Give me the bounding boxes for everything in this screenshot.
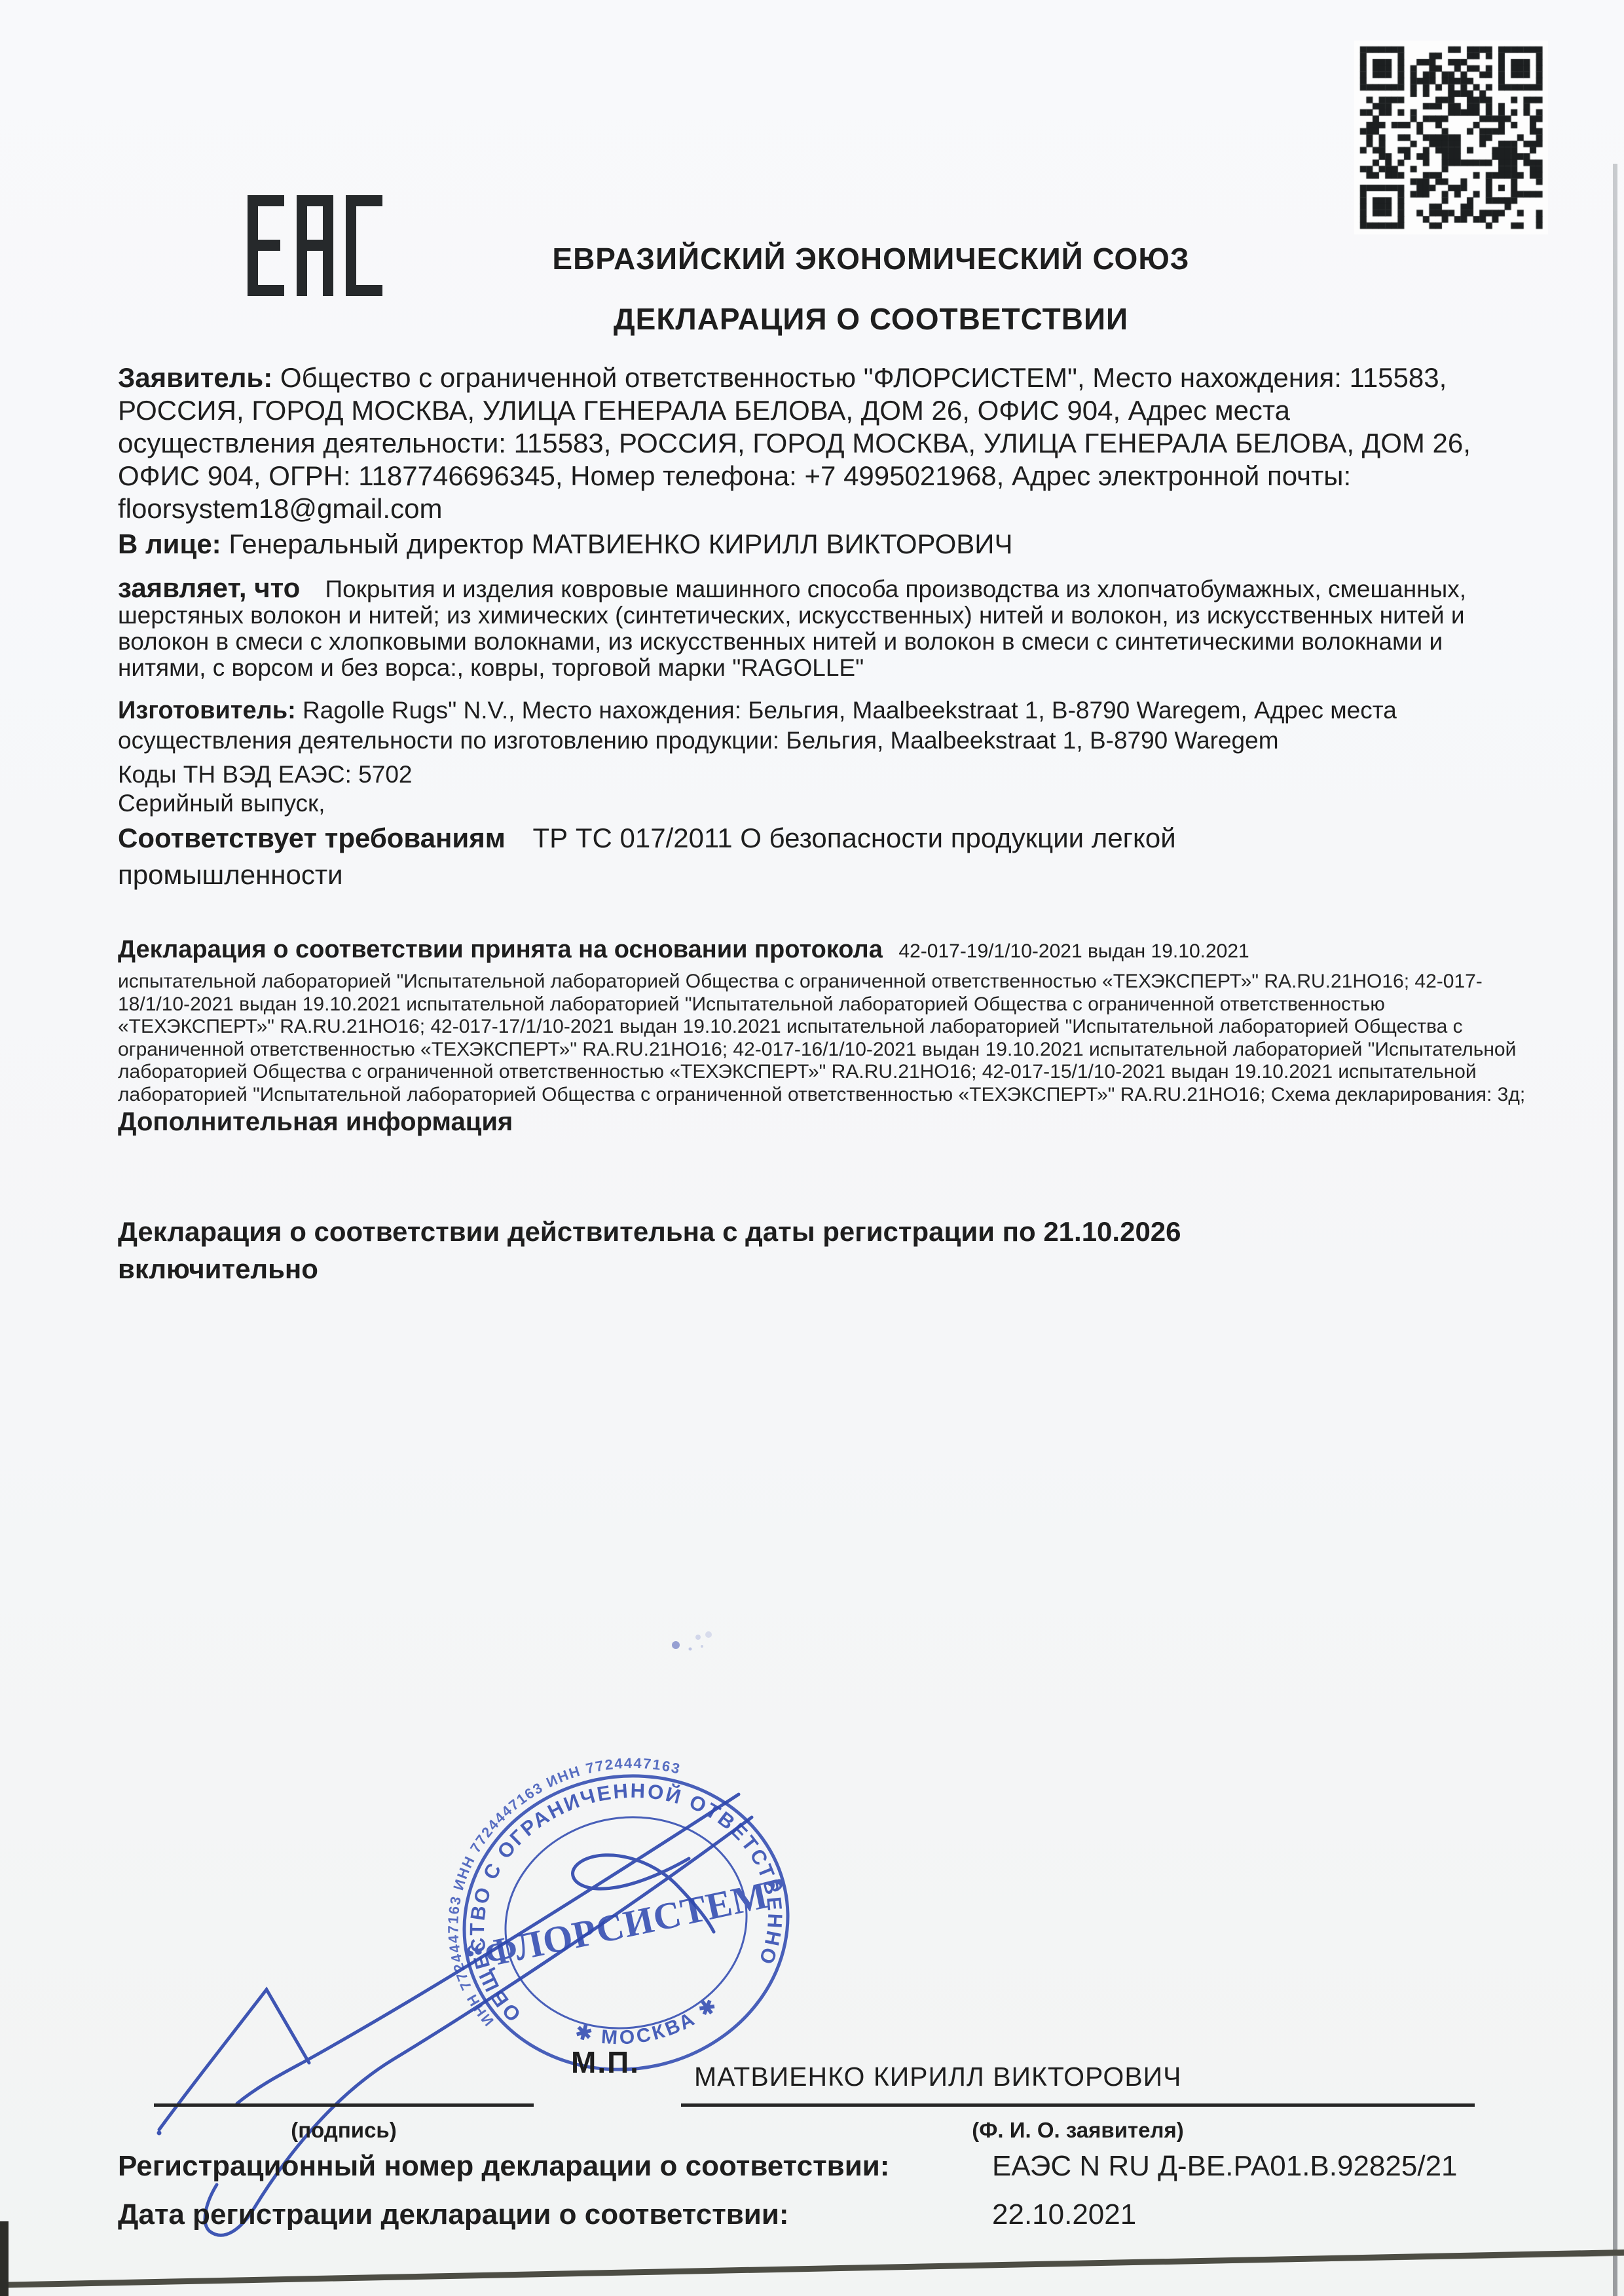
additional-info-heading: Дополнительная информация bbox=[118, 1105, 1493, 1138]
in-person-text: Генеральный директор МАТВИЕНКО КИРИЛЛ ВИ… bbox=[229, 528, 1012, 559]
signature-line bbox=[154, 2103, 534, 2107]
applicant-text: Общество с ограниченной ответственностью… bbox=[118, 362, 1471, 524]
declares-label: заявляет, что bbox=[118, 572, 318, 603]
basis-heading: Декларация о соответствии принята на осн… bbox=[118, 935, 1532, 966]
registration-date-value: 22.10.2021 bbox=[992, 2198, 1136, 2231]
title-union: ЕВРАЗИЙСКИЙ ЭКОНОМИЧЕСКИЙ СОЮЗ bbox=[118, 241, 1624, 276]
applicant-name: МАТВИЕНКО КИРИЛЛ ВИКТОРОВИЧ bbox=[694, 2062, 1181, 2092]
signature-caption: (подпись) bbox=[154, 2118, 534, 2143]
serial-release-line: Серийный выпуск, bbox=[118, 787, 1493, 820]
registration-number-value: ЕАЭС N RU Д-BE.РА01.B.92825/21 bbox=[992, 2150, 1458, 2183]
declares-text: Покрытия и изделия ковровые машинного сп… bbox=[118, 576, 1466, 681]
compliance-paragraph: Соответствует требованиям ТР ТС 017/2011… bbox=[118, 820, 1336, 893]
scan-edge-corner bbox=[0, 2221, 9, 2296]
scan-edge-right bbox=[1613, 164, 1617, 2296]
compliance-label: Соответствует требованиям bbox=[118, 823, 525, 853]
applicant-paragraph: Заявитель: Общество с ограниченной ответ… bbox=[118, 361, 1493, 525]
basis-details: испытательной лабораторией "Испытательно… bbox=[118, 971, 1526, 1106]
declares-paragraph: заявляет, что Покрытия и изделия ковровы… bbox=[118, 575, 1526, 681]
qr-code-icon bbox=[1354, 41, 1548, 234]
document-header: ЕВРАЗИЙСКИЙ ЭКОНОМИЧЕСКИЙ СОЮЗ ДЕКЛАРАЦИ… bbox=[118, 241, 1624, 337]
tnved-code-line: Коды ТН ВЭД ЕАЭС: 5702 bbox=[118, 758, 1493, 791]
applicant-label: Заявитель: bbox=[118, 362, 272, 393]
in-person-paragraph: В лице: Генеральный директор МАТВИЕНКО К… bbox=[118, 528, 1493, 561]
manufacturer-label: Изготовитель: bbox=[118, 697, 296, 724]
name-line bbox=[681, 2103, 1475, 2107]
registration-date-label: Дата регистрации декларации о соответств… bbox=[118, 2198, 789, 2231]
basis-label: Декларация о соответствии принята на осн… bbox=[118, 936, 883, 963]
declaration-document: { "header": { "eac_logo": "EAC", "qr_ico… bbox=[0, 0, 1624, 2296]
name-caption: (Ф. И. О. заявителя) bbox=[681, 2118, 1475, 2143]
manufacturer-paragraph: Изготовитель: Ragolle Rugs" N.V., Место … bbox=[118, 695, 1526, 756]
basis-protocol-ref: 42-017-19/1/10-2021 выдан 19.10.2021 bbox=[889, 940, 1249, 962]
title-declaration: ДЕКЛАРАЦИЯ О СООТВЕТСТВИИ bbox=[118, 301, 1624, 337]
ink-smudge bbox=[668, 1629, 727, 1656]
validity-statement: Декларация о соответствии действительна … bbox=[118, 1213, 1310, 1287]
stamp-place-label: М.П. bbox=[571, 2045, 640, 2080]
in-person-label: В лице: bbox=[118, 528, 221, 559]
registration-number-label: Регистрационный номер декларации о соотв… bbox=[118, 2150, 889, 2183]
manufacturer-text: Ragolle Rugs" N.V., Место нахождения: Бе… bbox=[118, 697, 1397, 754]
